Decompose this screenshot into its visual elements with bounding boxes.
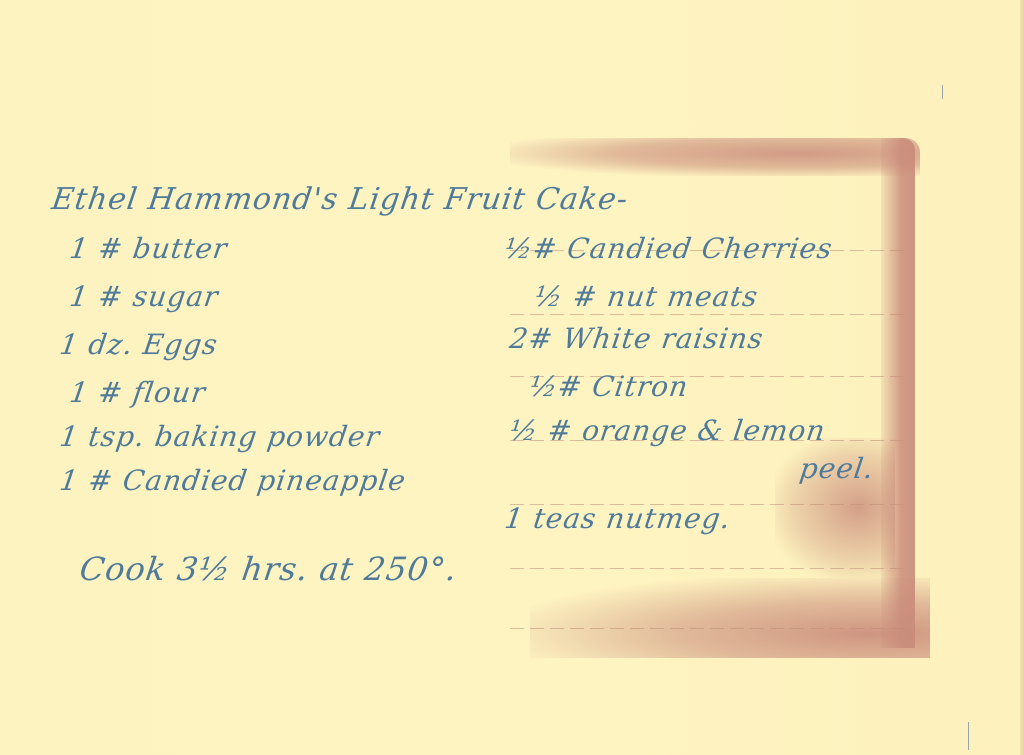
ingredient-left-4: 1 # flour <box>68 376 208 409</box>
scan-mark <box>968 722 969 750</box>
scanned-page: Ethel Hammond's Light Fruit Cake- 1 # bu… <box>0 0 1024 755</box>
ingredient-right-1: ½# Candied Cherries <box>503 232 835 265</box>
ingredient-left-2: 1 # sugar <box>68 280 221 313</box>
recipe-title: Ethel Hammond's Light Fruit Cake- <box>50 182 631 217</box>
stain-top <box>510 138 920 176</box>
ingredient-right-4: ½# Citron <box>528 370 691 403</box>
ingredient-right-5-cont: peel. <box>798 452 877 485</box>
ruled-line <box>510 628 910 629</box>
ingredient-right-3: 2# White raisins <box>508 322 766 355</box>
ingredient-left-3: 1 dz. Eggs <box>58 328 220 361</box>
ingredient-left-5: 1 tsp. baking powder <box>58 420 383 453</box>
ingredient-right-2: ½ # nut meats <box>533 280 761 313</box>
ingredient-right-5: ½ # orange & lemon <box>508 414 828 447</box>
ingredient-left-6: 1 # Candied pineapple <box>58 464 409 497</box>
ruled-line <box>510 314 910 315</box>
ingredient-left-1: 1 # butter <box>68 232 230 265</box>
scan-mark <box>942 85 943 99</box>
ingredient-right-6: 1 teas nutmeg. <box>503 502 733 535</box>
stain-bottom <box>530 578 930 658</box>
cooking-instructions: Cook 3½ hrs. at 250°. <box>77 550 459 588</box>
ruled-line <box>510 568 910 569</box>
page-edge <box>1020 0 1024 755</box>
